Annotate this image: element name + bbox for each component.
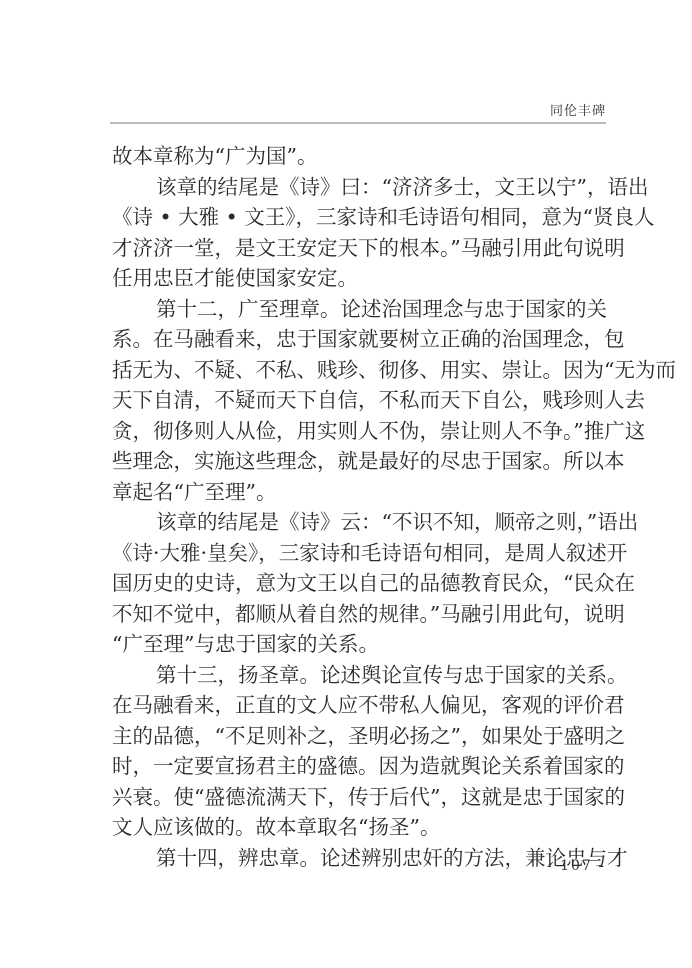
text-line: 第十四，辨忠章。论述辨别忠奸的方法，兼论忠与才 — [112, 843, 606, 874]
text-line: 兴衰。使“盛德流满天下，传于后代”，这就是忠于国家的 — [112, 782, 606, 813]
text-line: 该章的结尾是《诗》曰：“济济多士，文王以宁”，语出 — [112, 172, 606, 203]
text-line: 括无为、不疑、不私、贱珍、彻侈、用实、崇让。因为“无为而 — [112, 355, 606, 386]
text-line: 故本章称为“广为国”。 — [112, 141, 606, 172]
text-line: 在马融看来，正直的文人应不带私人偏见，客观的评价君 — [112, 690, 606, 721]
text-line: 国历史的史诗，意为文王以自己的品德教育民众，“民众在 — [112, 568, 606, 599]
text-line: 才济济一堂，是文王安定天下的根本。”马融引用此句说明 — [112, 233, 606, 264]
text-line: 天下自清，不疑而天下自信，不私而天下自公，贱珍则人去 — [112, 385, 606, 416]
text-line: 文人应该做的。故本章取名“扬圣”。 — [112, 812, 606, 843]
text-line: 《诗 • 大雅 • 文王》，三家诗和毛诗语句相同，意为“贤良人 — [112, 202, 606, 233]
text-line: 些理念，实施这些理念，就是最好的尽忠于国家。所以本 — [112, 446, 606, 477]
text-line: 章起名“广至理”。 — [112, 477, 606, 508]
header-rule — [110, 122, 606, 124]
body-text: 故本章称为“广为国”。 该章的结尾是《诗》曰：“济济多士，文王以宁”，语出 《诗… — [112, 141, 606, 873]
text-line: 第十二，广至理章。论述治国理念与忠于国家的关 — [112, 294, 606, 325]
text-line: “广至理”与忠于国家的关系。 — [112, 629, 606, 660]
text-line: 贪，彻侈则人从俭，用实则人不伪，崇让则人不争。”推广这 — [112, 416, 606, 447]
text-line: 主的品德，“不足则补之，圣明必扬之”，如果处于盛明之 — [112, 721, 606, 752]
text-line: 时，一定要宣扬君主的盛德。因为造就舆论关系着国家的 — [112, 751, 606, 782]
text-line: 不知不觉中，都顺从着自然的规律。”马融引用此句，说明 — [112, 599, 606, 630]
text-line: 任用忠臣才能使国家安定。 — [112, 263, 606, 294]
running-header: 同伦丰碑 — [550, 100, 606, 119]
page-number: - 107 - — [547, 858, 606, 874]
text-line: 第十三，扬圣章。论述舆论宣传与忠于国家的关系。 — [112, 660, 606, 691]
text-line: 系。在马融看来，忠于国家就要树立正确的治国理念，包 — [112, 324, 606, 355]
text-line: 该章的结尾是《诗》云：“不识不知，顺帝之则，”语出 — [112, 507, 606, 538]
text-line: 《诗·大雅·皇矣》，三家诗和毛诗语句相同，是周人叙述开 — [112, 538, 606, 569]
